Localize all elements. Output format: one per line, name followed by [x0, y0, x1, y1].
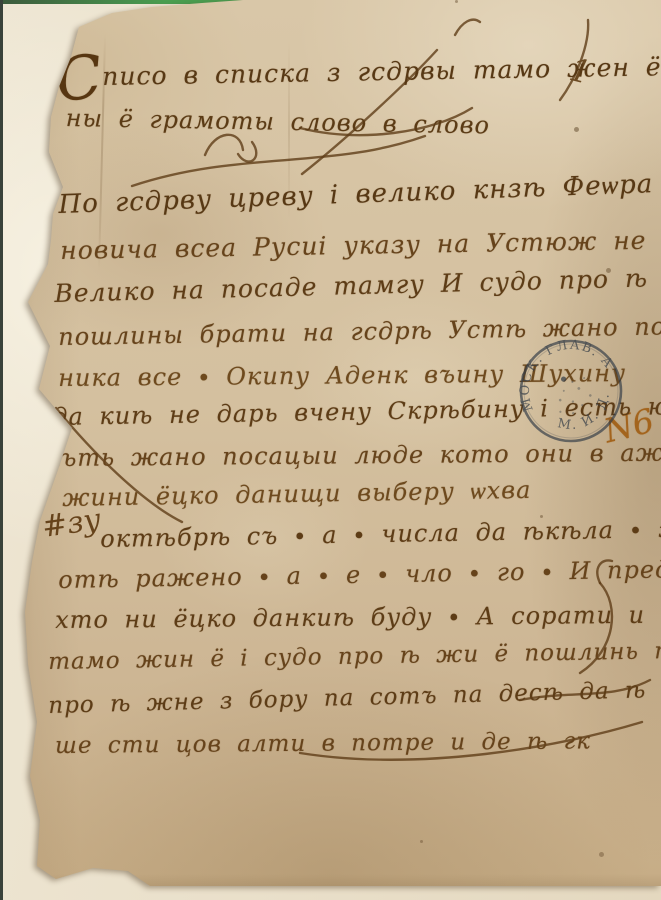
manuscript-line: жини ёцко данищи выберу ѡхва	[62, 476, 532, 513]
manuscript-line: октѣбрѣ съ ∙ а ∙ числа да ѣкѣла ∙ зр	[100, 515, 661, 553]
manuscript-line: ше сти цов алти в потре и де ѣ гк	[55, 728, 591, 759]
manuscript-line: ны ё грамоты слово в слово	[66, 104, 491, 139]
manuscript-line: хто ни ёцко данкиѣ буду ∙ А сорати и	[55, 601, 645, 634]
manuscript-sheet: С 1 #зу N6 писо в списка з гсдрвы тамо ж…	[0, 0, 661, 900]
archive-stamp: МОСК. ГЛАВ. АРХ. М. И. Д.	[507, 327, 635, 455]
manuscript-line: про ѣ жне з бору па сотъ па десѣ да ѣ ру…	[48, 676, 661, 719]
manuscript-line: отѣ ражено ∙ а ∙ е ∙ чло ∙ го ∙ И предь	[58, 555, 661, 594]
manuscript-line: По гсдрву цреву і велико кнзѣ Феѡра Іва	[58, 167, 661, 220]
manuscript-line: тамо жин ё і судо про ѣ жи ё пошлинь про…	[48, 637, 661, 675]
manuscript-scan: С 1 #зу N6 писо в списка з гсдрвы тамо ж…	[0, 0, 661, 900]
stamp-center-dot	[560, 376, 567, 383]
manuscript-sheet-wrap: С 1 #зу N6 писо в списка з гсдрвы тамо ж…	[0, 0, 661, 900]
manuscript-line: Велико на посаде тамгу И судо про ѣ жи ё	[54, 261, 661, 308]
manuscript-line: новича всеа Русиі указу на Устюж не	[60, 226, 647, 265]
